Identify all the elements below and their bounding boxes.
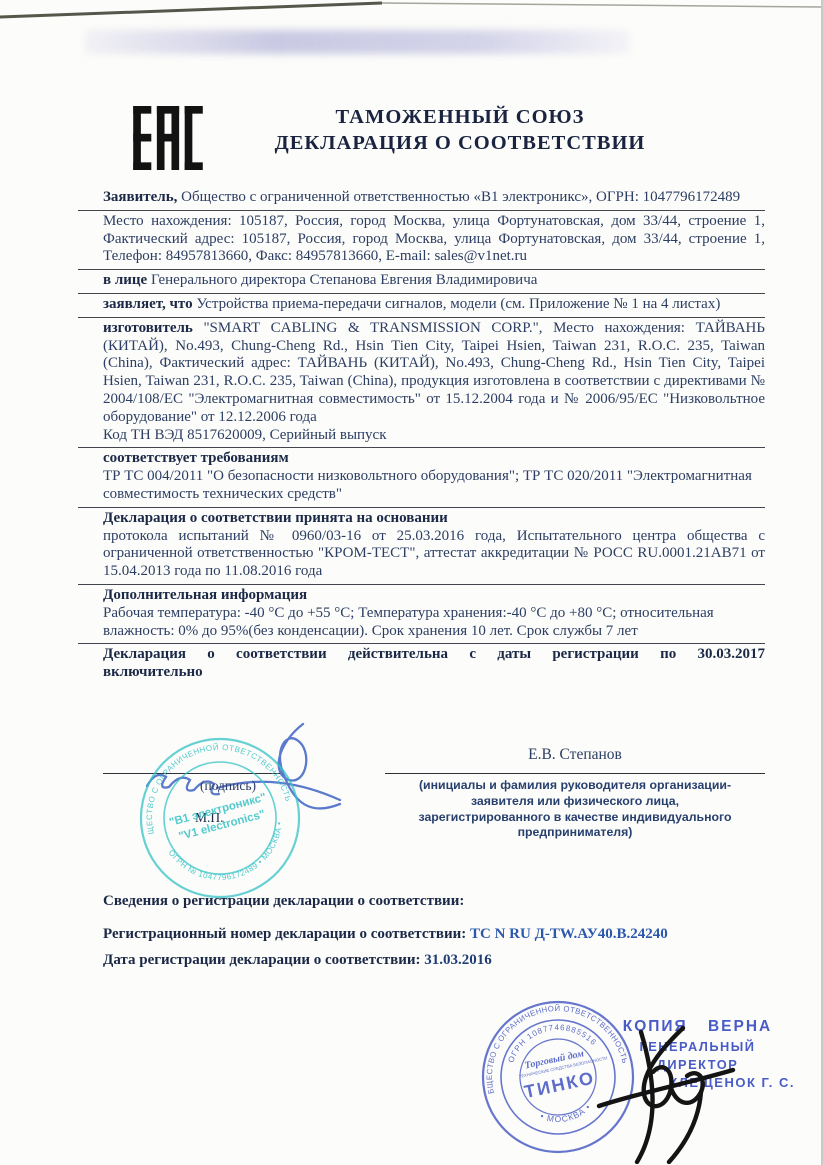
section-location: Место нахождения: 105187, Россия, город … xyxy=(78,211,765,270)
section-manufacturer: изготовитель "SMART CABLING & TRANSMISSI… xyxy=(78,318,765,449)
section-basis: Декларация о соответствии принята на осн… xyxy=(78,508,765,585)
in-person-label: в лице xyxy=(103,272,147,288)
registration-number-label: Регистрационный номер декларации о соотв… xyxy=(103,926,466,942)
applicant-text: Общество с ограниченной ответственностью… xyxy=(181,189,740,205)
requirements-header: соответствует требованиям xyxy=(103,450,765,468)
title-line-1: ТАМОЖЕННЫЙ СОЮЗ xyxy=(240,104,680,130)
manufacturer-label: изготовитель xyxy=(103,320,193,336)
additional-text: Рабочая температура: -40 °С до +55 °С; Т… xyxy=(103,605,765,641)
signer-name: Е.В. Степанов xyxy=(385,746,765,764)
registration-block: Сведения о регистрации декларации о соот… xyxy=(103,893,765,978)
section-declares: заявляет, что Устройства приема-передачи… xyxy=(78,294,765,318)
basis-header: Декларация о соответствии принята на осн… xyxy=(103,510,765,528)
basis-text: протокола испытаний № 0960/03-16 от 25.0… xyxy=(103,528,765,581)
section-in-person: в лице Генерального директора Степанова … xyxy=(78,270,765,294)
section-applicant: Заявитель, Общество с ограниченной ответ… xyxy=(78,187,765,211)
declares-text: Устройства приема-передачи сигналов, мод… xyxy=(196,296,720,312)
registration-date-value: 31.03.2016 xyxy=(424,952,492,968)
document-title: ТАМОЖЕННЫЙ СОЮЗ ДЕКЛАРАЦИЯ О СООТВЕТСТВИ… xyxy=(240,104,680,156)
section-requirements: соответствует требованиям ТР ТС 004/2011… xyxy=(78,448,765,507)
declaration-body: Заявитель, Общество с ограниченной ответ… xyxy=(78,187,765,685)
declares-label: заявляет, что xyxy=(103,296,193,312)
additional-header: Дополнительная информация xyxy=(103,587,765,605)
validity-line-1: Декларация о соответствии действительна … xyxy=(103,646,765,664)
general-director-signature xyxy=(565,1022,740,1164)
location-text: Место нахождения: 105187, Россия, город … xyxy=(103,213,765,266)
registration-date-label: Дата регистрации декларации о соответств… xyxy=(103,952,421,968)
signature-block: (подпись) М.П. ОБЩЕСТВО С ОГРАНИЧЕННОЙ О… xyxy=(78,738,765,890)
requirements-text: ТР ТС 004/2011 "О безопасности низковоль… xyxy=(103,468,765,504)
validity-line-2: включительно xyxy=(103,664,765,682)
in-person-text: Генерального директора Степанова Евгения… xyxy=(151,272,537,288)
section-additional-info: Дополнительная информация Рабочая темпер… xyxy=(78,585,765,644)
tnved-code-text: Код ТН ВЭД 8517620009, Серийный выпуск xyxy=(103,427,765,445)
signature-line-right xyxy=(385,773,765,774)
section-validity: Декларация о соответствии действительна … xyxy=(78,644,765,685)
applicant-label: Заявитель, xyxy=(103,189,177,205)
scan-edge-line xyxy=(0,0,823,24)
manufacturer-text: "SMART CABLING & TRANSMISSION CORP.", Ме… xyxy=(103,320,765,425)
scan-artifact-band xyxy=(85,30,630,54)
declaration-document: ТАМОЖЕННЫЙ СОЮЗ ДЕКЛАРАЦИЯ О СООТВЕТСТВИ… xyxy=(0,0,823,1165)
signer-caption: (инициалы и фамилия руководителя организ… xyxy=(405,778,745,841)
registration-header: Сведения о регистрации декларации о соот… xyxy=(103,893,765,910)
title-line-2: ДЕКЛАРАЦИЯ О СООТВЕТСТВИИ xyxy=(240,130,680,156)
registration-number-value: ТС N RU Д-TW.АУ40.В.24240 xyxy=(470,926,668,942)
eac-mark-icon xyxy=(133,106,203,170)
